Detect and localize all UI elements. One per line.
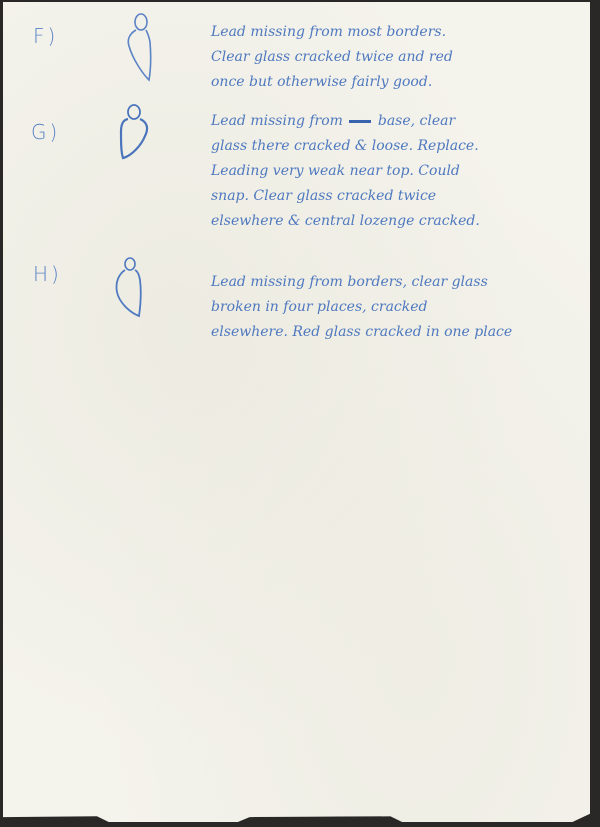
figure-sketch-icon xyxy=(121,12,161,84)
figure-sketch-icon xyxy=(111,252,151,322)
entry-label: H) xyxy=(33,262,62,286)
struck-out-word xyxy=(349,120,371,123)
entry-label: F) xyxy=(33,24,58,48)
paper-sheet: F) Lead missing from most borders. Clear… xyxy=(3,2,590,822)
figure-sketch-icon xyxy=(115,102,155,164)
entry-notes: Lead missing from most borders. Clear gl… xyxy=(211,20,583,95)
entry-notes: Lead missing from base, clear glass ther… xyxy=(211,109,583,234)
entry-label: G) xyxy=(31,120,60,144)
entry-notes: Lead missing from borders, clear glass b… xyxy=(211,270,583,345)
